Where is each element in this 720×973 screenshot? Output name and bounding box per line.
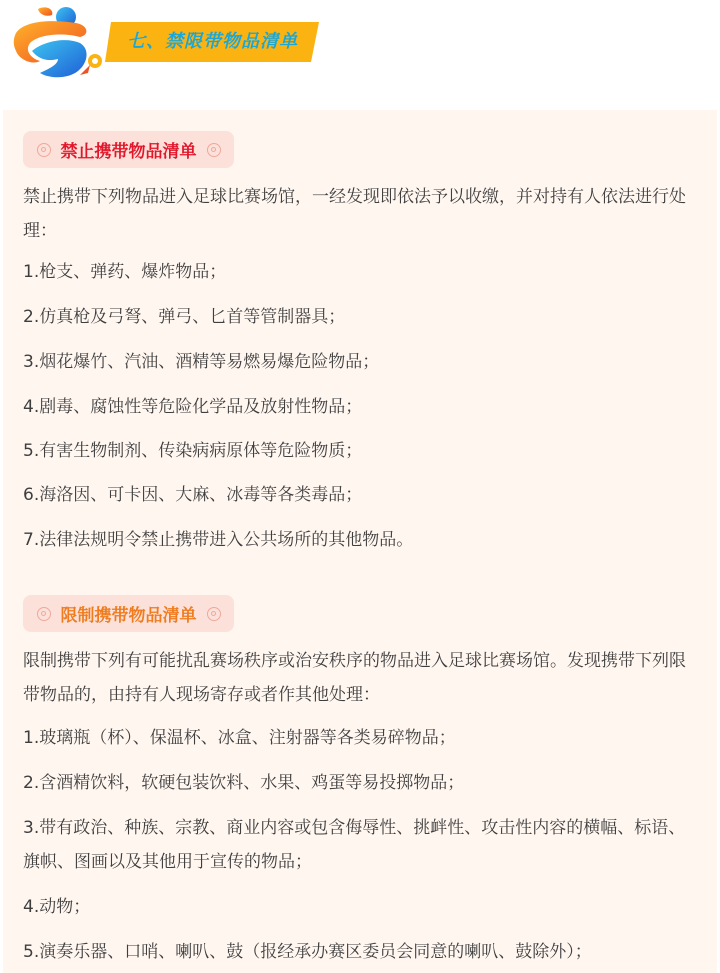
double-circle-icon — [207, 143, 221, 157]
section-title-banner: 七、禁限带物品清单 — [105, 22, 319, 62]
section-title: 七、禁限带物品清单 — [127, 22, 298, 62]
double-circle-icon — [37, 143, 51, 157]
prohibited-item: 6.海洛因、可卡因、大麻、冰毒等各类毒品； — [23, 478, 698, 512]
prohibited-items-badge: 禁止携带物品清单 — [23, 131, 234, 168]
restricted-item: 3.带有政治、种族、宗教、商业内容或包含侮辱性、挑衅性、攻击性内容的横幅、标语、… — [23, 811, 698, 879]
restricted-item: 2.含酒精饮料，软硬包装饮料、水果、鸡蛋等易投掷物品； — [23, 766, 698, 800]
restricted-item: 1.玻璃瓶（杯）、保温杯、冰盒、注射器等各类易碎物品； — [23, 721, 698, 755]
prohibited-item: 5.有害生物制剂、传染病病原体等危险物质； — [23, 434, 698, 468]
football-mascot-logo-icon — [10, 3, 105, 81]
restricted-items-badge: 限制携带物品清单 — [23, 595, 234, 632]
restricted-intro: 限制携带下列有可能扰乱赛场秩序或治安秩序的物品进入足球比赛场馆。发现携带下列限带… — [23, 644, 698, 712]
restricted-items-heading: 限制携带物品清单 — [61, 601, 197, 626]
prohibited-intro: 禁止携带下列物品进入足球比赛场馆，一经发现即依法予以收缴，并对持有人依法进行处理… — [23, 180, 698, 248]
restricted-item: 5.演奏乐器、口哨、喇叭、鼓（报经承办赛区委员会同意的喇叭、鼓除外）； — [23, 935, 698, 969]
double-circle-icon — [207, 607, 221, 621]
double-circle-icon — [37, 607, 51, 621]
prohibited-items-heading: 禁止携带物品清单 — [61, 137, 197, 162]
prohibited-item: 1.枪支、弹药、爆炸物品； — [23, 255, 698, 289]
prohibited-item: 3.烟花爆竹、汽油、酒精等易燃易爆危险物品； — [23, 345, 698, 379]
content-panel: 禁止携带物品清单 禁止携带下列物品进入足球比赛场馆，一经发现即依法予以收缴，并对… — [3, 110, 717, 973]
header: 七、禁限带物品清单 — [0, 0, 720, 100]
prohibited-item: 2.仿真枪及弓弩、弹弓、匕首等管制器具； — [23, 300, 698, 334]
restricted-item: 4.动物； — [23, 890, 698, 924]
prohibited-item: 7.法律法规明令禁止携带进入公共场所的其他物品。 — [23, 523, 698, 557]
prohibited-item: 4.剧毒、腐蚀性等危险化学品及放射性物品； — [23, 390, 698, 424]
